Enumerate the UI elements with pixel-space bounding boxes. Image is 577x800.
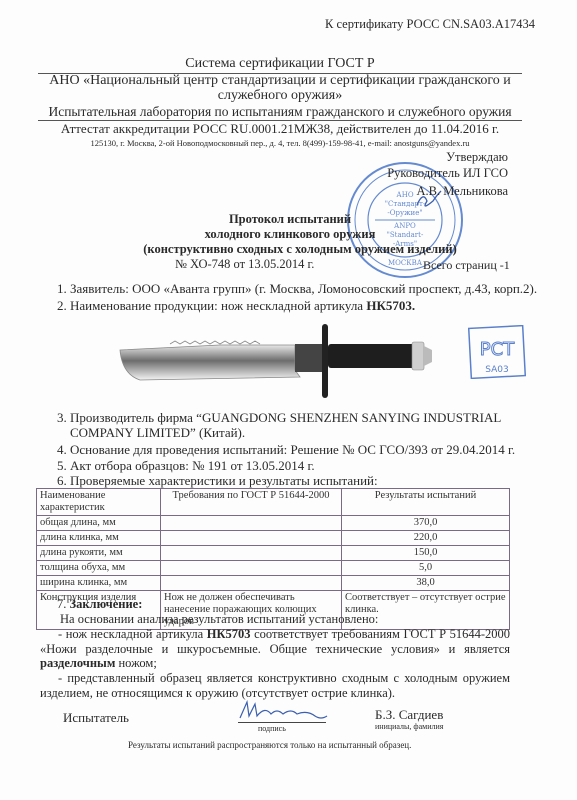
table-cell: общая длина, мм	[37, 516, 161, 531]
organization-name: АНО «Национальный центр стандартизации и…	[40, 73, 520, 103]
test-basis: 4. Основание для проведения испытаний: Р…	[57, 442, 515, 457]
table-cell: 150,0	[342, 546, 510, 561]
table-cell	[161, 546, 342, 561]
table-cell: длина рукояти, мм	[37, 546, 161, 561]
gost-certification-logo-icon: РСТ SA03	[468, 325, 526, 379]
table-cell: ширина клинка, мм	[37, 576, 161, 591]
tester-name-caption: инициалы, фамилия	[375, 722, 443, 731]
certificate-reference: К сертификату РОСС CN.SA03.A17434	[325, 17, 535, 32]
certification-system: Система сертификации ГОСТ Р	[40, 56, 520, 72]
conclusion-number: 7.	[57, 597, 70, 611]
address-contacts: 125130, г. Москва, 2-ой Новоподмосковный…	[40, 138, 520, 148]
table-cell: 370,0	[342, 516, 510, 531]
table-row: длина клинка, мм 220,0	[37, 531, 510, 546]
sampling-act: 5. Акт отбора образцов: № 191 от 13.05.2…	[57, 458, 315, 473]
knife-type: разделочным	[40, 656, 115, 670]
approval-label: Утверждаю	[300, 150, 508, 165]
approver-position: Руководитель ИЛ ГСО	[300, 166, 508, 181]
svg-text:МОСКВА: МОСКВА	[388, 259, 423, 267]
conclusion-heading: 7. Заключение:	[57, 597, 527, 612]
approver-name: А.В. Мельникова	[300, 184, 508, 199]
table-cell	[161, 531, 342, 546]
protocol-subtitle: холодного клинкового оружия	[120, 227, 460, 242]
table-row: ширина клинка, мм 38,0	[37, 576, 510, 591]
signature-icon	[235, 698, 330, 724]
svg-text:РСТ: РСТ	[480, 339, 515, 360]
accreditation: Аттестат аккредитации РОСС RU.0001.21МЖ3…	[40, 121, 520, 137]
protocol-title: Протокол испытаний	[120, 212, 460, 227]
organization-line-2: служебного оружия»	[40, 88, 520, 103]
conclusion-point-1: - нож нескладной артикула НК5703 соответ…	[40, 627, 510, 671]
table-header: Результаты испытаний	[342, 489, 510, 516]
table-header: Наименование характеристик	[37, 489, 161, 516]
applicant: 1. Заявитель: ООО «Аванта групп» (г. Мос…	[57, 281, 537, 296]
protocol-scope: (конструктивно сходных с холодным оружие…	[80, 242, 520, 257]
table-cell	[161, 561, 342, 576]
table-row: общая длина, мм 370,0	[37, 516, 510, 531]
table-cell: толщина обуха, мм	[37, 561, 161, 576]
svg-text:"Стандарт-: "Стандарт-	[385, 200, 426, 208]
product-label: 2. Наименование продукции: нож нескладно…	[57, 298, 366, 313]
svg-text:SA03: SA03	[485, 365, 509, 375]
page-count: Всего страниц -1	[423, 258, 510, 273]
manufacturer-line-1: 3. Производитель фирма “GUANGDONG SHENZH…	[57, 410, 501, 425]
organization-line-1: АНО «Национальный центр стандартизации и…	[40, 73, 520, 88]
table-cell	[161, 516, 342, 531]
conclusion-title: Заключение:	[70, 597, 143, 611]
signature-caption: подпись	[258, 724, 286, 733]
text: ножом;	[115, 656, 156, 670]
table-header-row: Наименование характеристик Требования по…	[37, 489, 510, 516]
protocol-number: № ХО-748 от 13.05.2014 г.	[175, 257, 314, 272]
tester-label: Испытатель	[63, 710, 129, 726]
table-cell: длина клинка, мм	[37, 531, 161, 546]
checked-characteristics: 6. Проверяемые характеристики и результа…	[57, 473, 378, 488]
tester-name: Б.З. Сагдиев	[375, 707, 443, 723]
table-cell	[161, 576, 342, 591]
table-cell: 220,0	[342, 531, 510, 546]
product-code: НК5703.	[366, 298, 415, 313]
conclusion-basis: На основании анализа результатов испытан…	[60, 612, 530, 627]
table-row: толщина обуха, мм 5,0	[37, 561, 510, 576]
table-header: Требования по ГОСТ Р 51644-2000	[161, 489, 342, 516]
signature-line	[238, 722, 326, 723]
product-name: 2. Наименование продукции: нож нескладно…	[57, 298, 415, 313]
laboratory-name: Испытательная лаборатория по испытаниям …	[40, 104, 520, 120]
manufacturer-line-2: COMPANY LIMITED” (Китай).	[70, 425, 245, 440]
text: - нож нескладной артикула	[58, 627, 207, 641]
product-code: НК5703	[207, 627, 251, 641]
table-cell: 5,0	[342, 561, 510, 576]
table-cell: 38,0	[342, 576, 510, 591]
footnote: Результаты испытаний распространяются то…	[128, 740, 411, 750]
knife-image	[110, 322, 440, 402]
table-row: длина рукояти, мм 150,0	[37, 546, 510, 561]
conclusion-point-2: - представленный образец является констр…	[40, 671, 510, 700]
